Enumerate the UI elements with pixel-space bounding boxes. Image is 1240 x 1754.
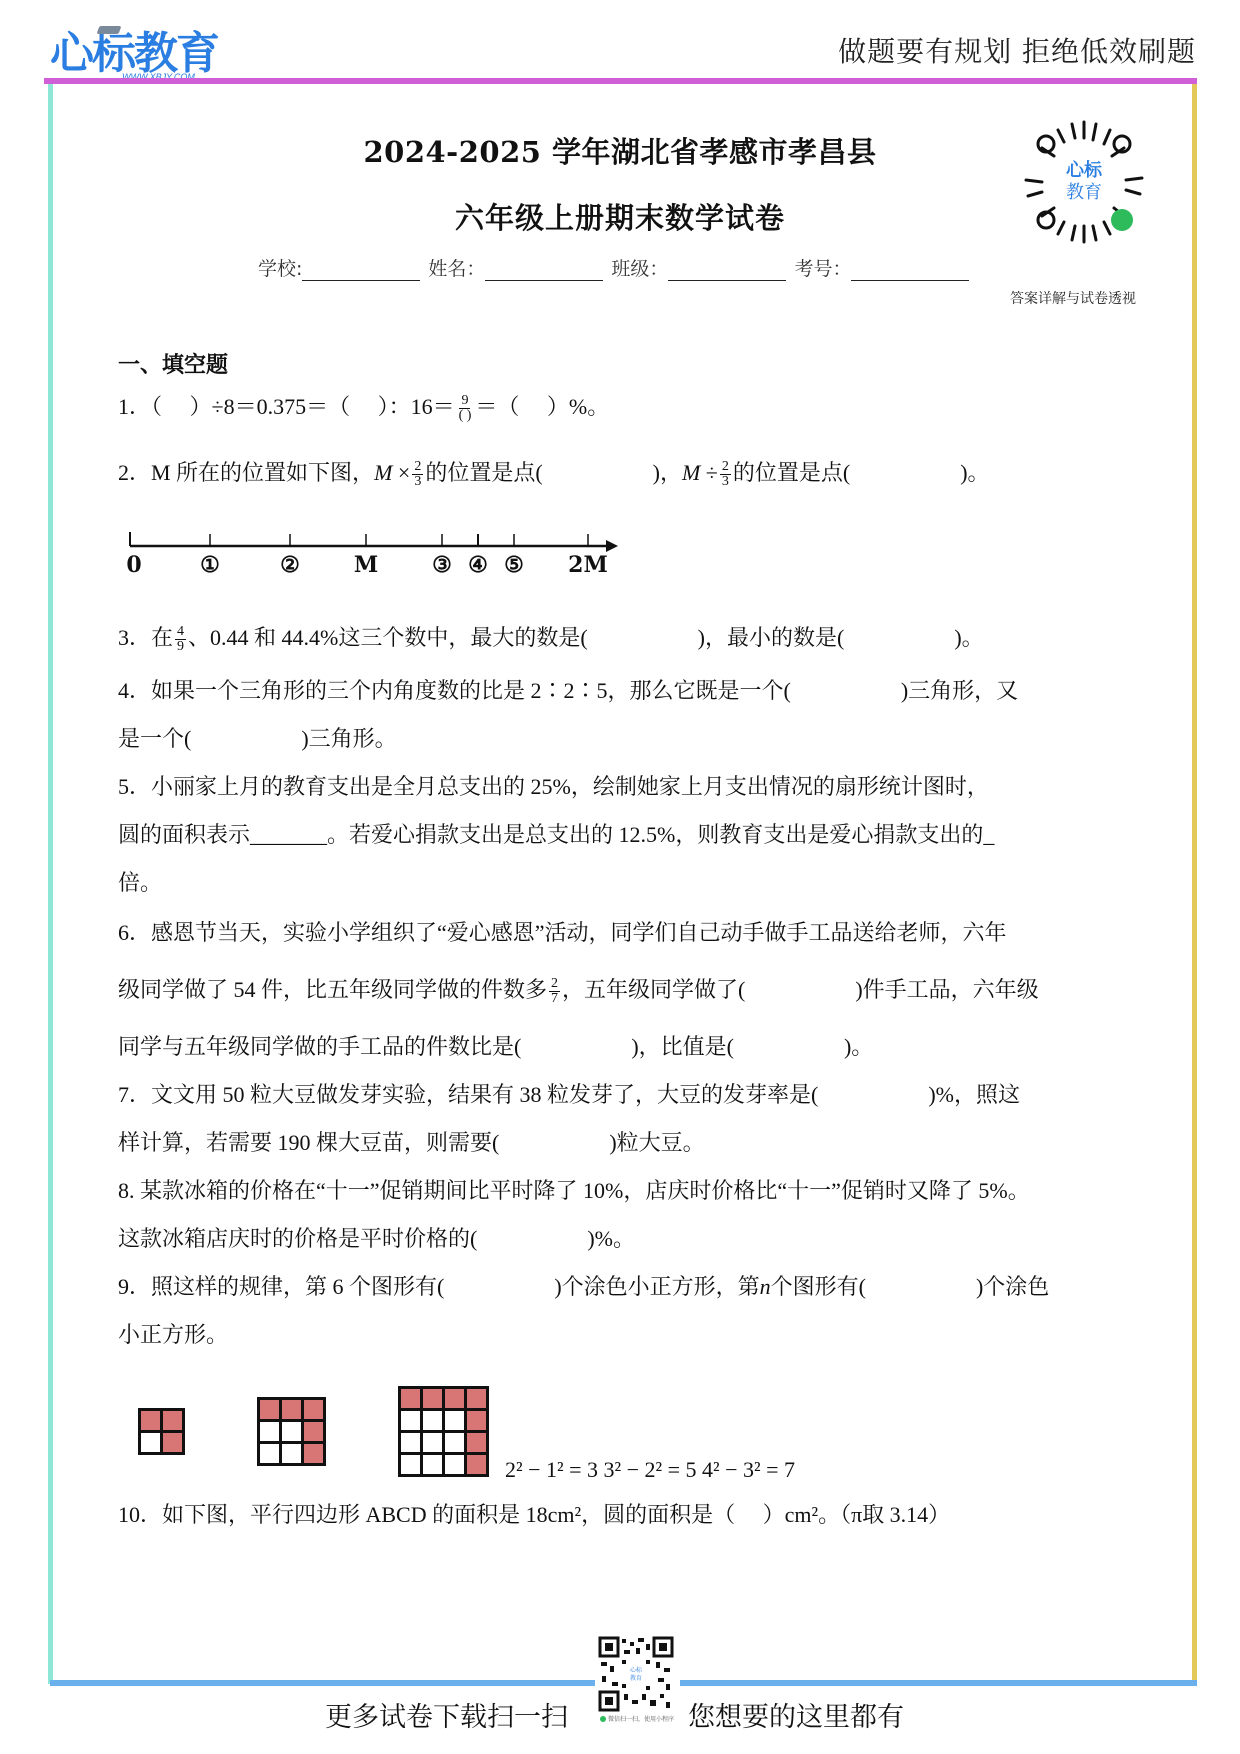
q3-text-1: 3．在 xyxy=(118,625,173,650)
variable-n: n xyxy=(760,1274,771,1299)
frame-bottom-border-right xyxy=(680,1680,1197,1686)
question-5-line-2: 圆的面积表示_______。若爱心捐款支出是总支出的 12.5%，则教育支出是爱… xyxy=(118,820,994,850)
question-6-line-1: 6．感恩节当天，实验小学组织了“爱心感恩”活动，同学们自己动手做手工品送给老师，… xyxy=(118,918,1007,948)
number-line-diagram: 0 ① ② M ③ ④ ⑤ 2M xyxy=(128,528,618,588)
mini-program-qr-icon[interactable]: 心标 教育 xyxy=(1020,118,1148,246)
q2-text-2: 的位置是点( )， xyxy=(425,460,682,485)
qr-bottom-caption: 微信扫一扫，使用小程序 xyxy=(600,1714,674,1723)
multiply-sign: × xyxy=(398,460,410,485)
q1-text-2: ＝（ ）%。 xyxy=(475,394,609,419)
fraction: 49 xyxy=(175,625,186,654)
section-heading: 一、填空题 xyxy=(118,348,228,379)
denominator: 3 xyxy=(412,475,423,489)
info-label: 姓名： xyxy=(428,254,485,281)
q1-text-1: 1．（ ）÷8＝0.375＝（ ）：16＝ xyxy=(118,394,455,419)
pattern-figure-2 xyxy=(257,1397,326,1466)
question-6-line-3: 同学与五年级同学做的手工品的件数比是( )，比值是( )。 xyxy=(118,1032,873,1062)
pattern-figure-1 xyxy=(138,1408,185,1455)
q2-text-3: 的位置是点( )。 xyxy=(733,460,990,485)
wechat-check-icon xyxy=(600,1716,606,1722)
info-exam-number: 考号： xyxy=(794,254,973,281)
svg-text:心标: 心标 xyxy=(630,1666,643,1674)
student-info-row: 学校: 姓名： 班级： 考号： xyxy=(258,254,973,281)
info-name: 姓名： xyxy=(428,254,607,281)
question-3: 3．在49、0.44 和 44.4%这三个数中，最大的数是( )，最小的数是( … xyxy=(118,623,984,654)
name-blank[interactable] xyxy=(485,260,603,281)
numerator: 2 xyxy=(720,460,731,475)
question-6-line-2: 级同学做了 54 件，比五年级同学做的件数多27，五年级同学做了( )件手工品，… xyxy=(118,975,1039,1006)
tick-label-point-4: ④ xyxy=(468,552,488,578)
numerator: 2 xyxy=(549,977,560,992)
tick-label-0: 0 xyxy=(126,552,141,578)
header-slogan: 做题要有规划 拒绝低效刷题 xyxy=(838,30,1196,70)
q6-text-2: ，五年级同学做了( )件手工品，六年级 xyxy=(562,977,1039,1002)
info-label: 学校: xyxy=(258,254,302,281)
info-label: 班级： xyxy=(611,254,668,281)
numerator: 9 xyxy=(459,394,470,409)
question-8-line-1: 8. 某款冰箱的价格在“十一”促销期间比平时降了 10%，店庆时价格比“十一”促… xyxy=(118,1176,1030,1206)
tick-label-point-1: ① xyxy=(200,552,220,578)
pattern-formula: 2² − 1² = 3 3² − 2² = 5 4² − 3² = 7 xyxy=(505,1457,795,1483)
svg-text:心标: 心标 xyxy=(1066,159,1103,181)
class-blank[interactable] xyxy=(668,260,786,281)
info-label: 考号： xyxy=(794,254,851,281)
question-10: 10．如下图，平行四边形 ABCD 的面积是 18cm²，圆的面积是（ ）cm²… xyxy=(118,1500,950,1530)
question-9-line-1: 9．照这样的规律，第 6 个图形有( )个涂色小正方形，第n个图形有( )个涂色 xyxy=(118,1272,1049,1302)
question-1: 1．（ ）÷8＝0.375＝（ ）：16＝9( )＝（ ）%。 xyxy=(118,392,609,423)
fraction: 27 xyxy=(549,977,560,1006)
frame-left-border xyxy=(48,84,53,1684)
variable-m: M xyxy=(374,460,392,485)
info-class: 班级： xyxy=(611,254,790,281)
tick-label-point-5: ⑤ xyxy=(504,552,524,578)
denominator: 3 xyxy=(720,475,731,489)
numerator: 2 xyxy=(412,460,423,475)
denominator: 9 xyxy=(175,640,186,654)
svg-text:教育: 教育 xyxy=(1066,182,1102,203)
question-2: 2．M 所在的位置如下图，M ×23的位置是点( )，M ÷23的位置是点( )… xyxy=(118,458,990,489)
school-blank[interactable] xyxy=(302,260,420,281)
exam-number-blank[interactable] xyxy=(851,260,969,281)
svg-text:教育: 教育 xyxy=(630,1674,642,1682)
tick-label-2m: 2M xyxy=(568,552,608,578)
numerator: 4 xyxy=(175,625,186,640)
brand-logo: 心标教育 WWW.XBJY.COM xyxy=(50,24,218,78)
fraction: 23 xyxy=(412,460,423,489)
divide-sign: ÷ xyxy=(706,460,718,485)
tick-label-point-2: ② xyxy=(280,552,300,578)
variable-m: M xyxy=(682,460,700,485)
info-school: 学校: xyxy=(258,254,424,281)
graduation-cap-icon xyxy=(97,26,122,34)
frame-top-border xyxy=(44,78,1197,84)
question-5-line-1: 5．小丽家上月的教育支出是全月总支出的 25%，绘制她家上月支出情况的扇形统计图… xyxy=(118,772,989,802)
q9-text-2: 个图形有( )个涂色 xyxy=(771,1274,1050,1299)
question-7-line-2: 样计算，若需要 190 棵大豆苗，则需要( )粒大豆。 xyxy=(118,1128,705,1158)
frame-bottom-border-left xyxy=(50,1680,595,1686)
qr-caption-text: 微信扫一扫，使用小程序 xyxy=(608,1714,674,1723)
question-5-line-3: 倍。 xyxy=(118,868,162,898)
fraction: 9( ) xyxy=(457,394,474,423)
q9-text-1: 9．照这样的规律，第 6 个图形有( )个涂色小正方形，第 xyxy=(118,1274,760,1299)
q3-text-2: 、0.44 和 44.4%这三个数中，最大的数是( )，最小的数是( )。 xyxy=(188,625,984,650)
question-9-line-2: 小正方形。 xyxy=(118,1320,228,1350)
q6-text-1: 级同学做了 54 件，比五年级同学做的件数多 xyxy=(118,977,547,1002)
qr-caption: 答案详解与试卷透视 xyxy=(1010,288,1136,308)
tick-label-point-3: ③ xyxy=(432,552,452,578)
pattern-figure-3 xyxy=(398,1386,489,1477)
fraction: 23 xyxy=(720,460,731,489)
tick-label-m: M xyxy=(354,552,378,578)
footer-text-right: 您想要的这里都有 xyxy=(688,1695,904,1734)
footer-text-left: 更多试卷下载扫一扫 xyxy=(325,1695,568,1734)
question-7-line-1: 7．文文用 50 粒大豆做发芽实验，结果有 38 粒发芽了，大豆的发芽率是( )… xyxy=(118,1080,1020,1110)
denominator: 7 xyxy=(549,992,560,1006)
question-8-line-2: 这款冰箱店庆时的价格是平时价格的( )%。 xyxy=(118,1224,635,1254)
frame-right-border xyxy=(1192,84,1197,1684)
denominator: ( ) xyxy=(457,409,474,423)
q2-text-1: 2．M 所在的位置如下图， xyxy=(118,460,374,485)
question-4-line-2: 是一个( )三角形。 xyxy=(118,724,397,754)
download-qr-code-icon[interactable]: 心标 教育 xyxy=(598,1636,674,1712)
question-4-line-1: 4．如果一个三角形的三个内角度数的比是 2∶2∶5，那么它既是一个( )三角形，… xyxy=(118,676,1018,706)
